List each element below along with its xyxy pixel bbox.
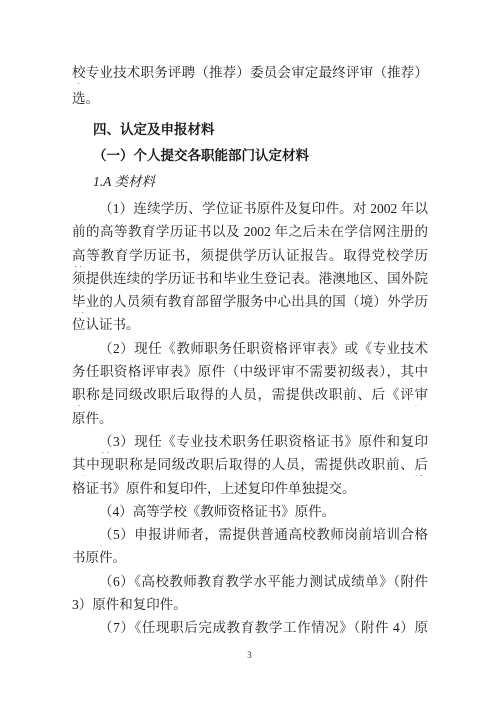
text-line: （4）高等学校《教师资格证书》原件。 (72, 503, 428, 523)
text-line: （5）申报讲师者，需提供普通高校教师岗前培训合格证 (72, 526, 428, 546)
text-line: 格证书》原件和复印件，上述复印件单独提交。 (72, 480, 428, 500)
text-line: 3）原件和复印件。 (72, 596, 428, 616)
text-line: 原件。 (72, 410, 428, 430)
heading-line: 四、认定及申报材料 (72, 121, 428, 141)
heading-line: （一）个人提交各职能部门认定材料 (72, 147, 428, 167)
text-line: （1）连续学历、学位证书原件及复印件。对 2002 年以 (72, 200, 428, 220)
text-line: 1.A 类材料 (72, 173, 428, 193)
text-line: 校专业技术职务评聘（推荐）委员会审定最终评审（推荐）人 (72, 64, 428, 84)
text-line: （6）《高校教师教育教学水平能力测试成绩单》（附件 (72, 573, 428, 593)
document-body: 校专业技术职务评聘（推荐）委员会审定最终评审（推荐）人选。四、认定及申报材料（一… (0, 0, 499, 707)
text-line: 前的高等教育学历证书以及 2002 年之后未在学信网注册的 (72, 223, 428, 243)
text-line: 毕业的人员须有教育部留学服务中心出具的国（境）外学历学 (72, 293, 428, 313)
page-number: 3 (0, 650, 499, 660)
text-line: （2）现任《教师职务任职资格评审表》或《专业技术职 (72, 340, 428, 360)
text-line: 职称是同级改职后取得的人员，需提供改职前、后《评审表》 (72, 386, 428, 406)
text-line: 高等教育学历证书，须提供学历认证报告。取得党校学历的， (72, 247, 428, 267)
text-line: 位认证书。 (72, 316, 428, 336)
text-line: 书原件。 (72, 549, 428, 569)
text-line: 其中现职称是同级改职后取得的人员，需提供改职前、后《资 (72, 456, 428, 476)
text-line: （7）《任现职后完成教育教学工作情况》（附件 4）原 (72, 619, 428, 639)
document-page: 校专业技术职务评聘（推荐）委员会审定最终评审（推荐）人选。四、认定及申报材料（一… (0, 0, 499, 707)
text-line: 选。 (72, 90, 428, 110)
text-line: 须提供连续的学历证书和毕业生登记表。港澳地区、国外院校 (72, 270, 428, 290)
text-line: 务任职资格评审表》原件（中级评审不需要初级表），其中现 (72, 363, 428, 383)
text-line: （3）现任《专业技术职务任职资格证书》原件和复印件， (72, 433, 428, 453)
